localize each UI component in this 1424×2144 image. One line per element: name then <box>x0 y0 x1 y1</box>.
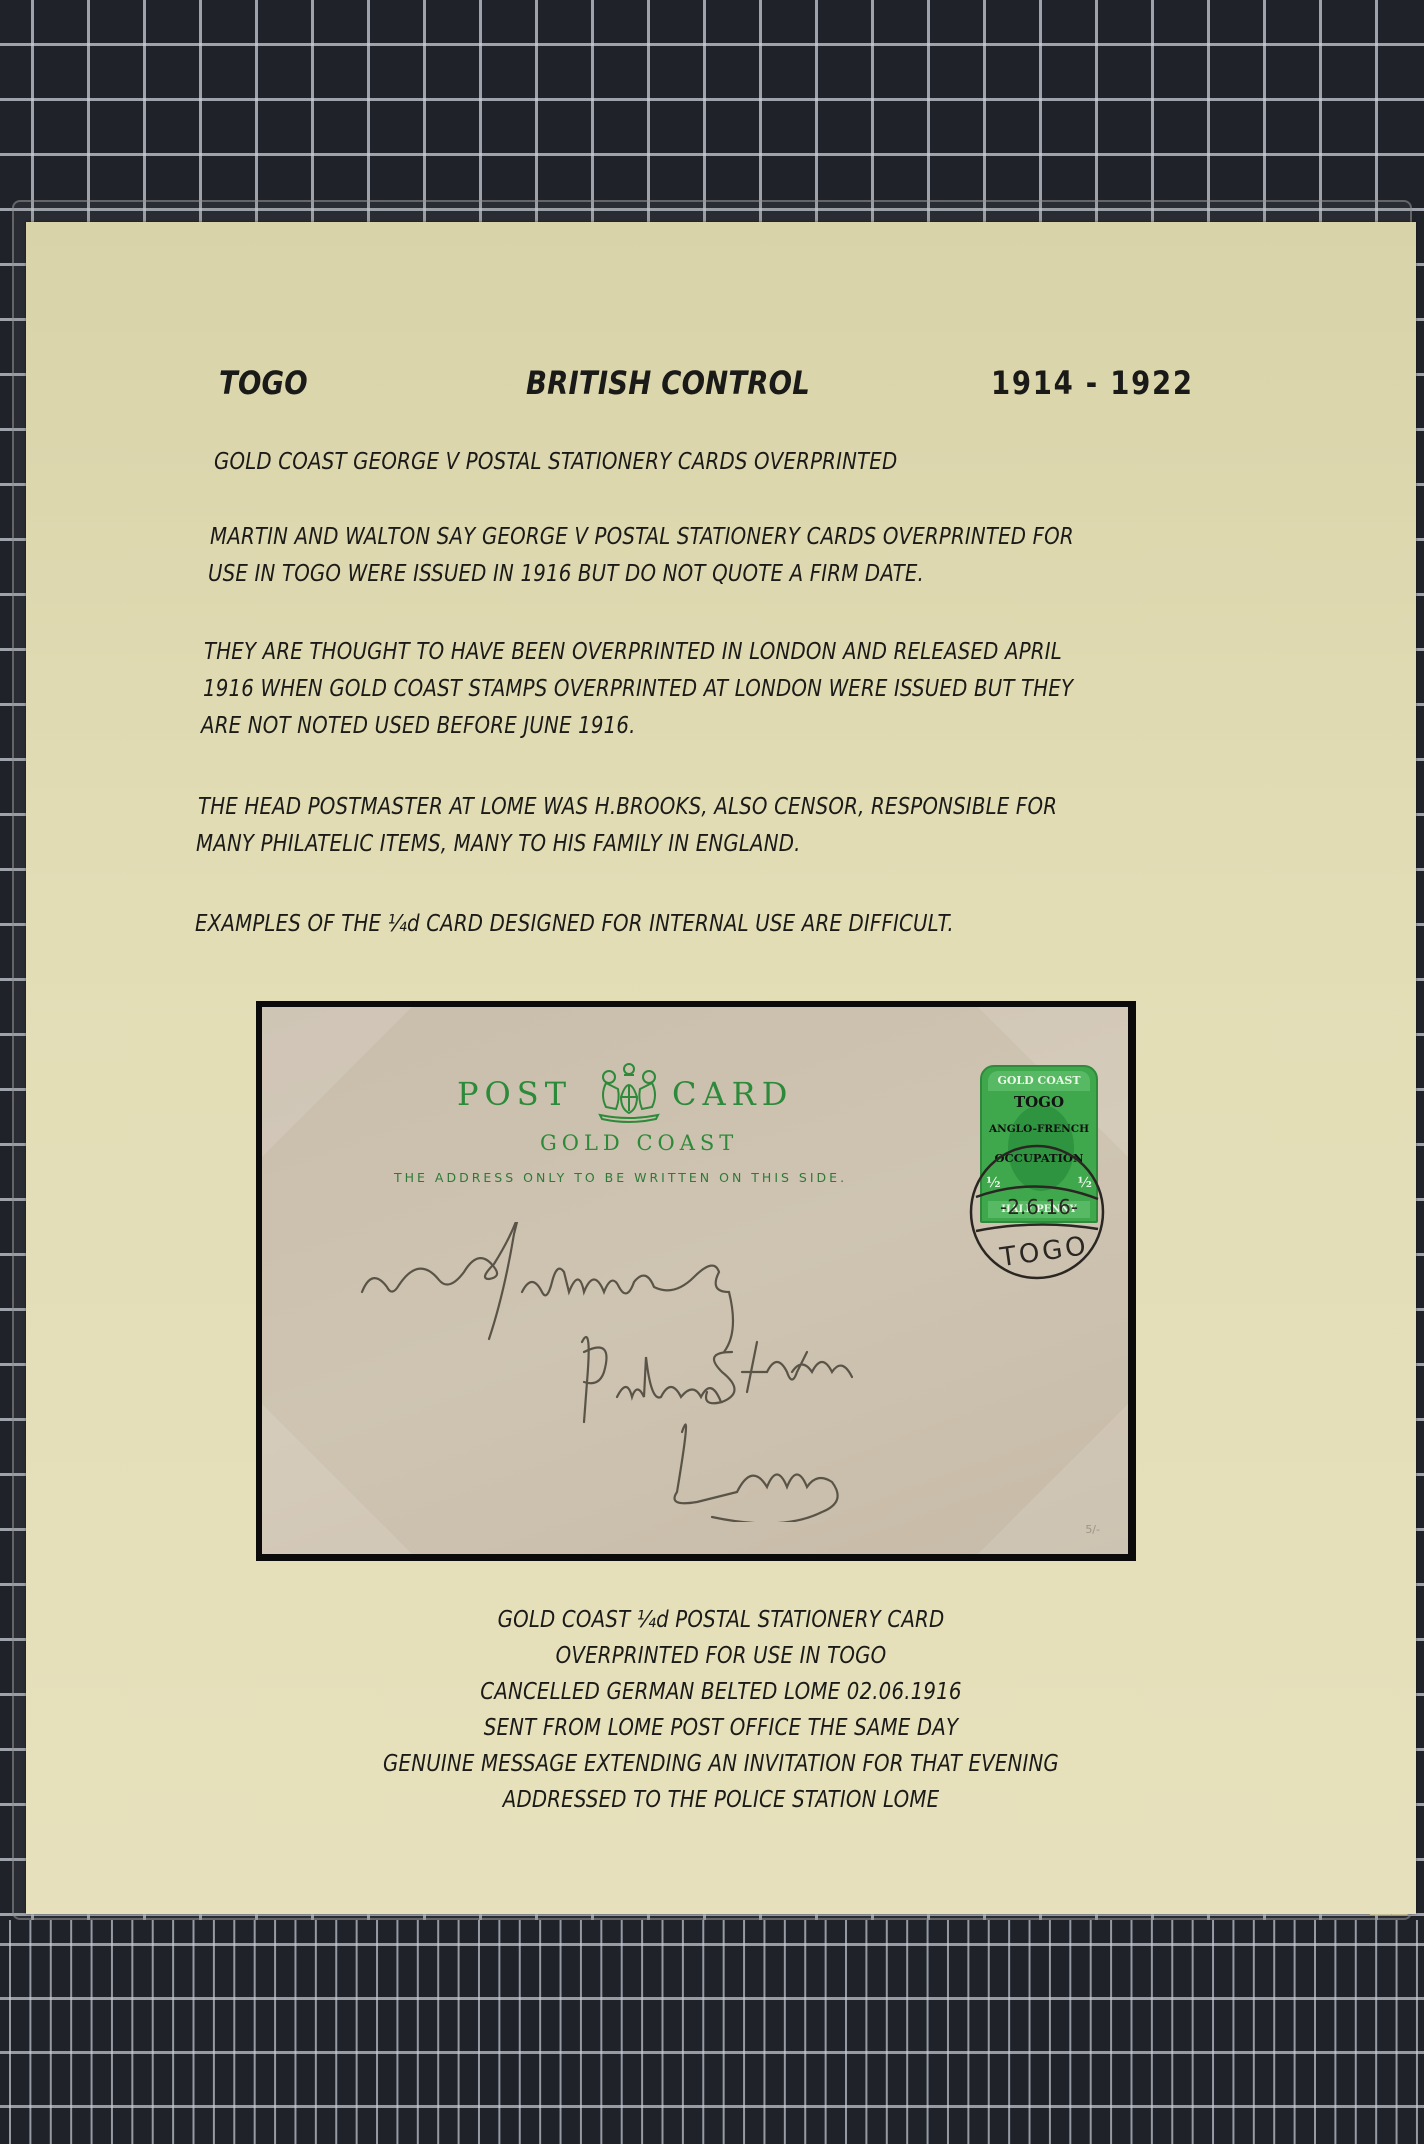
postcard-instruction: THE ADDRESS ONLY TO BE WRITTEN ON THIS S… <box>394 1170 847 1185</box>
header-subject: BRITISH CONTROL <box>526 364 810 402</box>
subtitle: GOLD COAST GEORGE V POSTAL STATIONERY CA… <box>214 444 897 481</box>
postcard-mount: POST CARD GOLD COAST THE ADDRESS ONLY TO… <box>256 1001 1136 1561</box>
postcard: POST CARD GOLD COAST THE ADDRESS ONLY TO… <box>262 1007 1128 1554</box>
grid-mat-bottom <box>0 1920 1424 2144</box>
caption-line-3: CANCELLED GERMAN BELTED LOME 02.06.1916 <box>123 1674 1318 1711</box>
paragraph-2-line-2: 1916 WHEN GOLD COAST STAMPS OVERPRINTED … <box>203 671 1073 708</box>
overprint-line-1: TOGO <box>982 1093 1096 1111</box>
pencil-note: 5/- <box>1085 1523 1100 1536</box>
postmark: -2.6.16- TOGO <box>962 1137 1112 1287</box>
caption-line-1: GOLD COAST ¼d POSTAL STATIONERY CARD <box>123 1602 1318 1639</box>
stamp-banner: GOLD COAST <box>988 1071 1090 1091</box>
paragraph-1-line-1: MARTIN AND WALTON SAY GEORGE V POSTAL ST… <box>210 519 1074 556</box>
handwritten-address-icon <box>352 1222 972 1522</box>
photo-corner <box>978 1404 1128 1554</box>
paragraph-1-line-2: USE IN TOGO WERE ISSUED IN 1916 BUT DO N… <box>208 556 924 593</box>
paragraph-3-line-2: MANY PHILATELIC ITEMS, MANY TO HIS FAMIL… <box>196 826 801 863</box>
caption-line-6: ADDRESSED TO THE POLICE STATION LOME <box>123 1782 1318 1819</box>
royal-crest-icon <box>594 1059 664 1123</box>
photo-corner <box>262 1007 412 1157</box>
header-country: TOGO <box>219 364 308 402</box>
header-period: 1914 - 1922 <box>991 364 1194 402</box>
postmark-date: -2.6.16- <box>1000 1195 1078 1219</box>
paragraph-2-line-3: ARE NOT NOTED USED BEFORE JUNE 1916. <box>201 708 636 745</box>
postcard-title-post: POST <box>457 1075 572 1113</box>
paragraph-3-line-1: THE HEAD POSTMASTER AT LOME WAS H.BROOKS… <box>198 789 1057 826</box>
caption-line-4: SENT FROM LOME POST OFFICE THE SAME DAY <box>123 1710 1318 1747</box>
paragraph-2-line-1: THEY ARE THOUGHT TO HAVE BEEN OVERPRINTE… <box>204 634 1062 671</box>
paragraph-4: EXAMPLES OF THE ¼d CARD DESIGNED FOR INT… <box>195 906 954 943</box>
overprint-line-2: ANGLO-FRENCH <box>982 1123 1096 1135</box>
postcard-title-card: CARD <box>672 1075 793 1113</box>
postcard-issuer: GOLD COAST <box>540 1131 738 1155</box>
caption-line-5: GENUINE MESSAGE EXTENDING AN INVITATION … <box>123 1746 1318 1783</box>
caption-line-2: OVERPRINTED FOR USE IN TOGO <box>123 1638 1318 1675</box>
